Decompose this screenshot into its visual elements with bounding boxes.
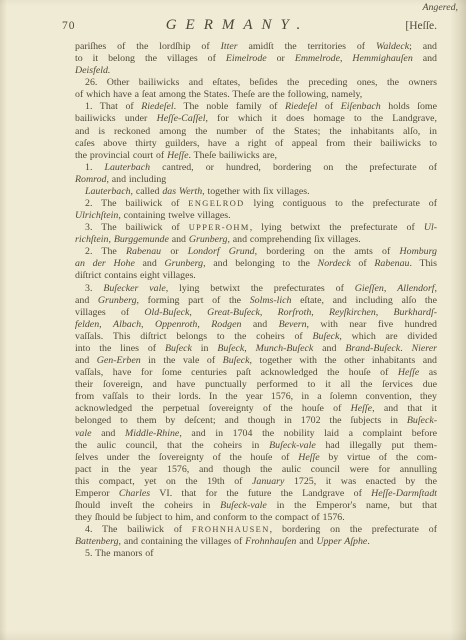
italic-text: Brand-Buſeck [345, 343, 400, 354]
text-run: amidſt the territories of [238, 41, 376, 52]
text-run: vaſſals, have for ſome centuries paſt ac… [75, 367, 398, 378]
italic-text: Charles [119, 488, 150, 499]
text-run: pariſhes of the lordſhip of [75, 41, 221, 52]
text-line: belonged to them by deſcent; and though … [75, 415, 437, 427]
text-run: ſelves under the ſovereignty of the houſ… [75, 452, 298, 463]
italic-text: Rodgen [211, 319, 241, 330]
italic-text: Gen-Erben [97, 355, 141, 366]
text-line: the aulic council, that the coheirs in B… [75, 440, 437, 452]
italic-text: Ul- [424, 222, 437, 233]
italic-text: Gieſſen [355, 283, 384, 294]
italic-text: Ulrichſtein [75, 210, 118, 221]
italic-text: Romrod [75, 174, 106, 185]
italic-text: Great-Buſeck [207, 307, 260, 318]
italic-text: Buſecker vale [103, 283, 165, 294]
italic-text: Allendorf [397, 283, 434, 294]
text-run: , [311, 307, 329, 318]
text-line: 3. Buſecker vale, lying betwixt the pref… [75, 283, 437, 295]
text-line: 4. The bailiwick of FROHNHAUSEN, borderi… [75, 524, 437, 536]
text-run: and [413, 53, 437, 64]
text-run: 1. That of [85, 101, 141, 112]
italic-text: Emmelrode [295, 53, 340, 64]
text-line: vale and Middle-Rhine, and in 1704 the n… [75, 428, 437, 440]
italic-text: Heſſe-Caſſel [157, 113, 206, 124]
catchword: Angered, [0, 2, 466, 14]
text-line: Romrod, and including [75, 174, 437, 186]
text-run: 1. [85, 162, 105, 173]
text-run: of [351, 258, 375, 269]
italic-text: Middle-Rhine [125, 428, 179, 439]
italic-text: Grunberg [165, 258, 204, 269]
text-run: 3. The bailiwick of [85, 222, 189, 233]
text-line: vaſſals, have for ſome centuries paſt ac… [75, 367, 437, 379]
italic-text: Londorf Grund [188, 246, 255, 257]
italic-text: Heſſe [398, 367, 419, 378]
text-run: or [267, 53, 295, 64]
text-run: villages of [75, 307, 144, 318]
italic-text: an der Hohe [75, 258, 135, 269]
text-run: 26. Other bailiwicks and eſtates, beſide… [85, 77, 437, 88]
italic-text: Buſeck [223, 355, 250, 366]
text-run: and [313, 343, 345, 354]
text-run: , [340, 53, 352, 64]
text-line: pact in the year 1576, and though the au… [75, 464, 437, 476]
text-run: , for which it does homage to the Landgr… [205, 113, 437, 124]
text-run: into the lines of [75, 343, 165, 354]
text-run: of [317, 101, 340, 112]
text-run: , and in 1704 the nobility laid a compla… [179, 428, 437, 439]
italic-text: Buſeck [312, 331, 339, 342]
text-run: and [241, 319, 278, 330]
text-run: this compact, yet on the 19th of [75, 476, 252, 487]
text-run: in [192, 343, 218, 354]
text-line: from vaſſals to their lords. In the year… [75, 391, 437, 403]
text-run: , and including [106, 174, 166, 185]
italic-text: Buſeck [217, 343, 244, 354]
book-page-scan: { "page": { "number": "70", "running_tit… [0, 0, 466, 640]
text-run: . [400, 343, 411, 354]
smallcaps-text: FROHNHAUSEN [192, 525, 270, 534]
text-run: cantred, or hundred, bordering on the pr… [150, 162, 437, 173]
italic-text: Rabenau [374, 258, 409, 269]
italic-text: Heſſe [298, 452, 319, 463]
text-run: , containing twelve villages. [118, 210, 230, 221]
text-run: , [376, 307, 394, 318]
text-run: of which have a ſeat among the States. T… [75, 89, 362, 100]
text-run: ; and [409, 41, 437, 52]
text-run: 3. [85, 283, 103, 294]
text-line: Battenberg, and containing the villages … [75, 536, 437, 548]
text-run: to it belong the villages of [75, 53, 226, 64]
italic-text: Oppenroth [155, 319, 197, 330]
text-run: 4. The bailiwick of [85, 524, 192, 535]
text-run: , [244, 343, 255, 354]
text-line: villages of Old-Buſeck, Great-Buſeck, Ro… [75, 307, 437, 319]
italic-text: Reyſkirchen [329, 307, 376, 318]
italic-text: Buſeck-vale [269, 440, 316, 451]
text-line: 1. That of Riedeſel. The noble family of… [75, 101, 437, 113]
text-run: eſtate, and including alſo the [291, 295, 437, 306]
text-run: and is reckoned among the number of the … [75, 126, 437, 137]
italic-text: Rorſroth [278, 307, 312, 318]
italic-text: Itter [221, 41, 238, 52]
text-run: 1725, it was enacted by the [284, 476, 437, 487]
text-line: to it belong the villages of Eimelrode o… [75, 53, 437, 65]
text-run: ſhould inveſt the coheirs in [75, 500, 220, 511]
text-run: in the vale of [141, 355, 223, 366]
italic-text: Upper Aſphe [316, 536, 367, 547]
text-run: , together with the other inhabitants an… [250, 355, 437, 366]
text-run: vaſſals. This diſtrict belongs to the co… [75, 331, 312, 342]
text-run: . [367, 536, 369, 547]
text-run: , [384, 283, 397, 294]
italic-text: Buſeck- [407, 415, 437, 426]
text-line: their ſovereign, and have punctually per… [75, 379, 437, 391]
italic-text: Nordeck [318, 258, 351, 269]
italic-text: Lauterbach [85, 186, 131, 197]
italic-text: Eiſenbach [341, 101, 381, 112]
italic-text: Solms-lich [250, 295, 292, 306]
text-run: , lying betwixt the prefecturate of [250, 222, 424, 233]
text-line: they ſhould be ſubject to him, and confo… [75, 512, 437, 524]
text-run: and [75, 295, 98, 306]
text-line: caſes above thirty guilders, have a righ… [75, 138, 437, 150]
text-line: vaſſals. This diſtrict belongs to the co… [75, 331, 437, 343]
italic-text: Rabenau [126, 246, 161, 257]
italic-text: Grunberg [98, 295, 137, 306]
smallcaps-text: UPPER-OHM [189, 223, 250, 232]
smallcaps-text: ENGELROD [188, 199, 244, 208]
text-line: this compact, yet on the 19th of January… [75, 476, 437, 488]
text-line: ſhould inveſt the coheirs in Buſeck-vale… [75, 500, 437, 512]
text-run: , called [131, 186, 163, 197]
italic-text: Munch-Buſeck [256, 343, 314, 354]
text-run: lying contiguous to the prefecturate of [245, 198, 437, 209]
text-run: , lying betwixt the prefecturates of [166, 283, 355, 294]
text-run: . Theſe bailiwicks are, [188, 150, 277, 161]
text-run: and [169, 234, 189, 245]
italic-text: Grunberg [189, 234, 228, 245]
text-run: , and comprehending ſix villages. [227, 234, 360, 245]
text-run: 5. The manors of [85, 548, 153, 559]
text-run: , bordering on the prefecturate of [270, 524, 437, 535]
text-run: and [91, 428, 125, 439]
text-line: 2. The Rabenau or Londorf Grund, borderi… [75, 246, 437, 258]
italic-text: Frohnhauſen [245, 536, 296, 547]
text-line: Emperor Charles VI. that for the future … [75, 488, 437, 500]
italic-text: das Werth [162, 186, 202, 197]
italic-text: Nierer [412, 343, 437, 354]
italic-text: Waldeck [376, 41, 409, 52]
text-run: , [260, 307, 278, 318]
text-line: 2. The bailiwick of ENGELROD lying conti… [75, 198, 437, 210]
text-run: VI. that for the future the Landgrave of [150, 488, 371, 499]
text-run: . This [409, 258, 437, 269]
text-run: the provincial court of [75, 150, 167, 161]
text-run: and [135, 258, 165, 269]
text-run: , and containing the villages of [119, 536, 246, 547]
text-line: 3. The bailiwick of UPPER-OHM, lying bet… [75, 222, 437, 234]
italic-text: Burggemunde [114, 234, 169, 245]
text-run: caſes above thirty guilders, have a righ… [75, 138, 437, 149]
italic-text: Burkhardſ- [393, 307, 437, 318]
italic-text: Eimelrode [226, 53, 267, 64]
text-run: , [435, 283, 437, 294]
page-edge-shadow-bottom [0, 630, 466, 640]
text-line: diſtrict contains eight villages. [75, 270, 437, 282]
text-line: felden, Albach, Oppenroth, Rodgen and Be… [75, 319, 437, 331]
text-run: holds ſome [381, 101, 437, 112]
italic-text: Heſſe [351, 403, 372, 414]
text-run: , and that it [372, 403, 437, 414]
italic-text: Riedeſel [285, 101, 317, 112]
text-run: and [75, 355, 97, 366]
text-run: Emperor [75, 488, 119, 499]
text-run: their ſovereign, and have punctually per… [75, 379, 437, 390]
italic-text: Heſſe [167, 150, 188, 161]
italic-text: Deisfeld. [75, 65, 110, 76]
text-line: and Gen-Erben in the vale of Buſeck, tog… [75, 355, 437, 367]
text-run: or [161, 246, 188, 257]
text-line: and is reckoned among the number of the … [75, 126, 437, 138]
text-run: , which are divided [339, 331, 437, 342]
italic-text: felden [75, 319, 99, 330]
text-line: acknowledged the perpetual ſovereignty o… [75, 403, 437, 415]
text-run: had illegally put them- [316, 440, 437, 451]
body-text: pariſhes of the lordſhip of Itter amidſt… [75, 41, 437, 560]
text-line: and Grunberg, forming part of the Solms-… [75, 295, 437, 307]
text-run: , [189, 307, 207, 318]
text-run: pact in the year 1576, and though the au… [75, 464, 437, 475]
text-run: 2. The [85, 246, 126, 257]
italic-text: Homburg [400, 246, 438, 257]
text-run: , bordering on the amts of [255, 246, 400, 257]
text-run: , forming part of the [137, 295, 250, 306]
text-run: the aulic council, that the coheirs in [75, 440, 269, 451]
text-run: , with near five hundred [307, 319, 437, 330]
text-line: Lauterbach, called das Werth, together w… [75, 186, 437, 198]
italic-text: Buſeck-vale [220, 500, 267, 511]
text-line: 1. Lauterbach cantred, or hundred, borde… [75, 162, 437, 174]
italic-text: Buſeck [165, 343, 192, 354]
page-edge-shadow-right [450, 0, 466, 640]
text-run: as [419, 367, 437, 378]
running-head-hesse: [Heſſe. [405, 20, 437, 32]
italic-text: Heſſe-Darmſtadt [371, 488, 437, 499]
text-run: from vaſſals to their lords. In the year… [75, 391, 437, 402]
text-line: ſelves under the ſovereignty of the houſ… [75, 452, 437, 464]
italic-text: Hemmighauſen [352, 53, 412, 64]
running-title: GERMANY. [0, 17, 466, 34]
text-run: in the Emperor's name, but that [267, 500, 437, 511]
text-line: richſtein, Burggemunde and Grunberg, and… [75, 234, 437, 246]
italic-text: Old-Buſeck [144, 307, 189, 318]
text-line: bailiwicks under Heſſe-Caſſel, for which… [75, 113, 437, 125]
text-line: 5. The manors of [75, 548, 437, 560]
italic-text: Battenberg [75, 536, 119, 547]
italic-text: Lauterbach [105, 162, 151, 173]
text-run: they ſhould be ſubject to him, and confo… [75, 512, 345, 523]
text-line: 26. Other bailiwicks and eſtates, beſide… [75, 77, 437, 89]
italic-text: richſtein [75, 234, 108, 245]
text-line: pariſhes of the lordſhip of Itter amidſt… [75, 41, 437, 53]
text-line: into the lines of Buſeck in Buſeck, Munc… [75, 343, 437, 355]
text-run: . The noble family of [174, 101, 285, 112]
text-line: an der Hohe and Grunberg, and belonging … [75, 258, 437, 270]
text-line: Ulrichſtein, containing twelve villages. [75, 210, 437, 222]
italic-text: Riedeſel [141, 101, 173, 112]
italic-text: January [252, 476, 284, 487]
text-run: acknowledged the perpetual ſovereignty o… [75, 403, 351, 414]
italic-text: vale [75, 428, 91, 439]
text-line: Deisfeld. [75, 65, 437, 77]
text-run: diſtrict contains eight villages. [75, 270, 196, 281]
text-run: and [296, 536, 316, 547]
text-run: bailiwicks under [75, 113, 157, 124]
text-run: 2. The bailiwick of [85, 198, 188, 209]
text-run: , together with ſix villages. [202, 186, 309, 197]
italic-text: Albach [113, 319, 141, 330]
text-run: , and belonging to the [203, 258, 318, 269]
text-run: belonged to them by deſcent; and though … [75, 415, 407, 426]
text-run: by virtue of the com- [320, 452, 437, 463]
page-edge-shadow-left [0, 0, 7, 640]
text-line: of which have a ſeat among the States. T… [75, 89, 437, 101]
italic-text: Bevern [279, 319, 307, 330]
text-run: , [141, 319, 155, 330]
text-run: , [197, 319, 211, 330]
text-line: the provincial court of Heſſe. Theſe bai… [75, 150, 437, 162]
text-run: , [99, 319, 113, 330]
